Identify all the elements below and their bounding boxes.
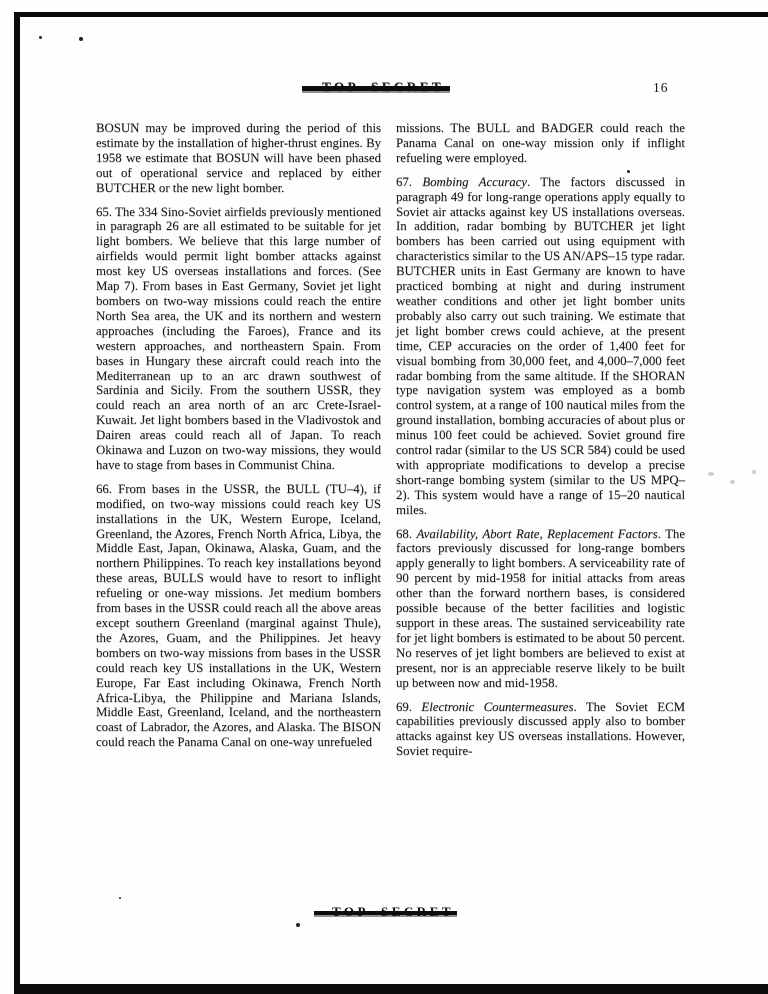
- paragraph: 67. Bombing Accuracy. The factors discus…: [396, 175, 685, 518]
- scan-speck: [627, 170, 630, 173]
- text-run: Electronic Countermeasures: [421, 700, 573, 714]
- paragraph: 66. From bases in the USSR, the BULL (TU…: [96, 482, 381, 750]
- page-number: 16: [653, 80, 669, 96]
- text-run: 66. From bases in the USSR, the BULL (TU…: [96, 482, 381, 749]
- text-run: . The factors discussed in paragraph 49 …: [396, 175, 685, 517]
- text-run: 67.: [396, 175, 422, 189]
- scan-speck: [296, 923, 300, 927]
- text-run: 65. The 334 Sino-Soviet airfields previo…: [96, 205, 381, 472]
- text-run: missions. The BULL and BADGER could reac…: [396, 121, 685, 165]
- text-run: . The factors previously discussed for l…: [396, 527, 685, 690]
- text-run: 69.: [396, 700, 421, 714]
- scan-speck: [79, 37, 83, 41]
- page-border-bottom: [14, 984, 768, 994]
- page-border-left: [14, 12, 20, 990]
- scan-speck: [708, 472, 714, 476]
- scan-speck: [39, 36, 42, 39]
- scan-speck: [730, 480, 735, 484]
- text-run: Availability, Abort Rate, Replacement Fa…: [417, 527, 658, 541]
- scan-speck: [752, 470, 756, 474]
- left-text-column: BOSUN may be improved during the period …: [96, 121, 381, 759]
- scanned-page: TOP SECRET 16 BOSUN may be improved duri…: [0, 0, 768, 994]
- right-text-column: missions. The BULL and BADGER could reac…: [396, 121, 685, 768]
- top-secret-footer-stamp: TOP SECRET: [332, 904, 454, 920]
- strikethrough-line: [314, 911, 457, 915]
- text-run: Bombing Accuracy: [422, 175, 527, 189]
- scan-speck: [119, 897, 121, 899]
- paragraph: BOSUN may be improved during the period …: [96, 121, 381, 196]
- strikethrough-line: [302, 86, 450, 91]
- top-secret-header-stamp: TOP SECRET: [322, 79, 444, 95]
- paragraph: missions. The BULL and BADGER could reac…: [396, 121, 685, 166]
- page-border-top: [14, 12, 768, 17]
- paragraph: 68. Availability, Abort Rate, Replacemen…: [396, 527, 685, 691]
- text-run: BOSUN may be improved during the period …: [96, 121, 381, 195]
- text-run: 68.: [396, 527, 417, 541]
- paragraph: 65. The 334 Sino-Soviet airfields previo…: [96, 205, 381, 473]
- paragraph: 69. Electronic Countermeasures. The Sovi…: [396, 700, 685, 760]
